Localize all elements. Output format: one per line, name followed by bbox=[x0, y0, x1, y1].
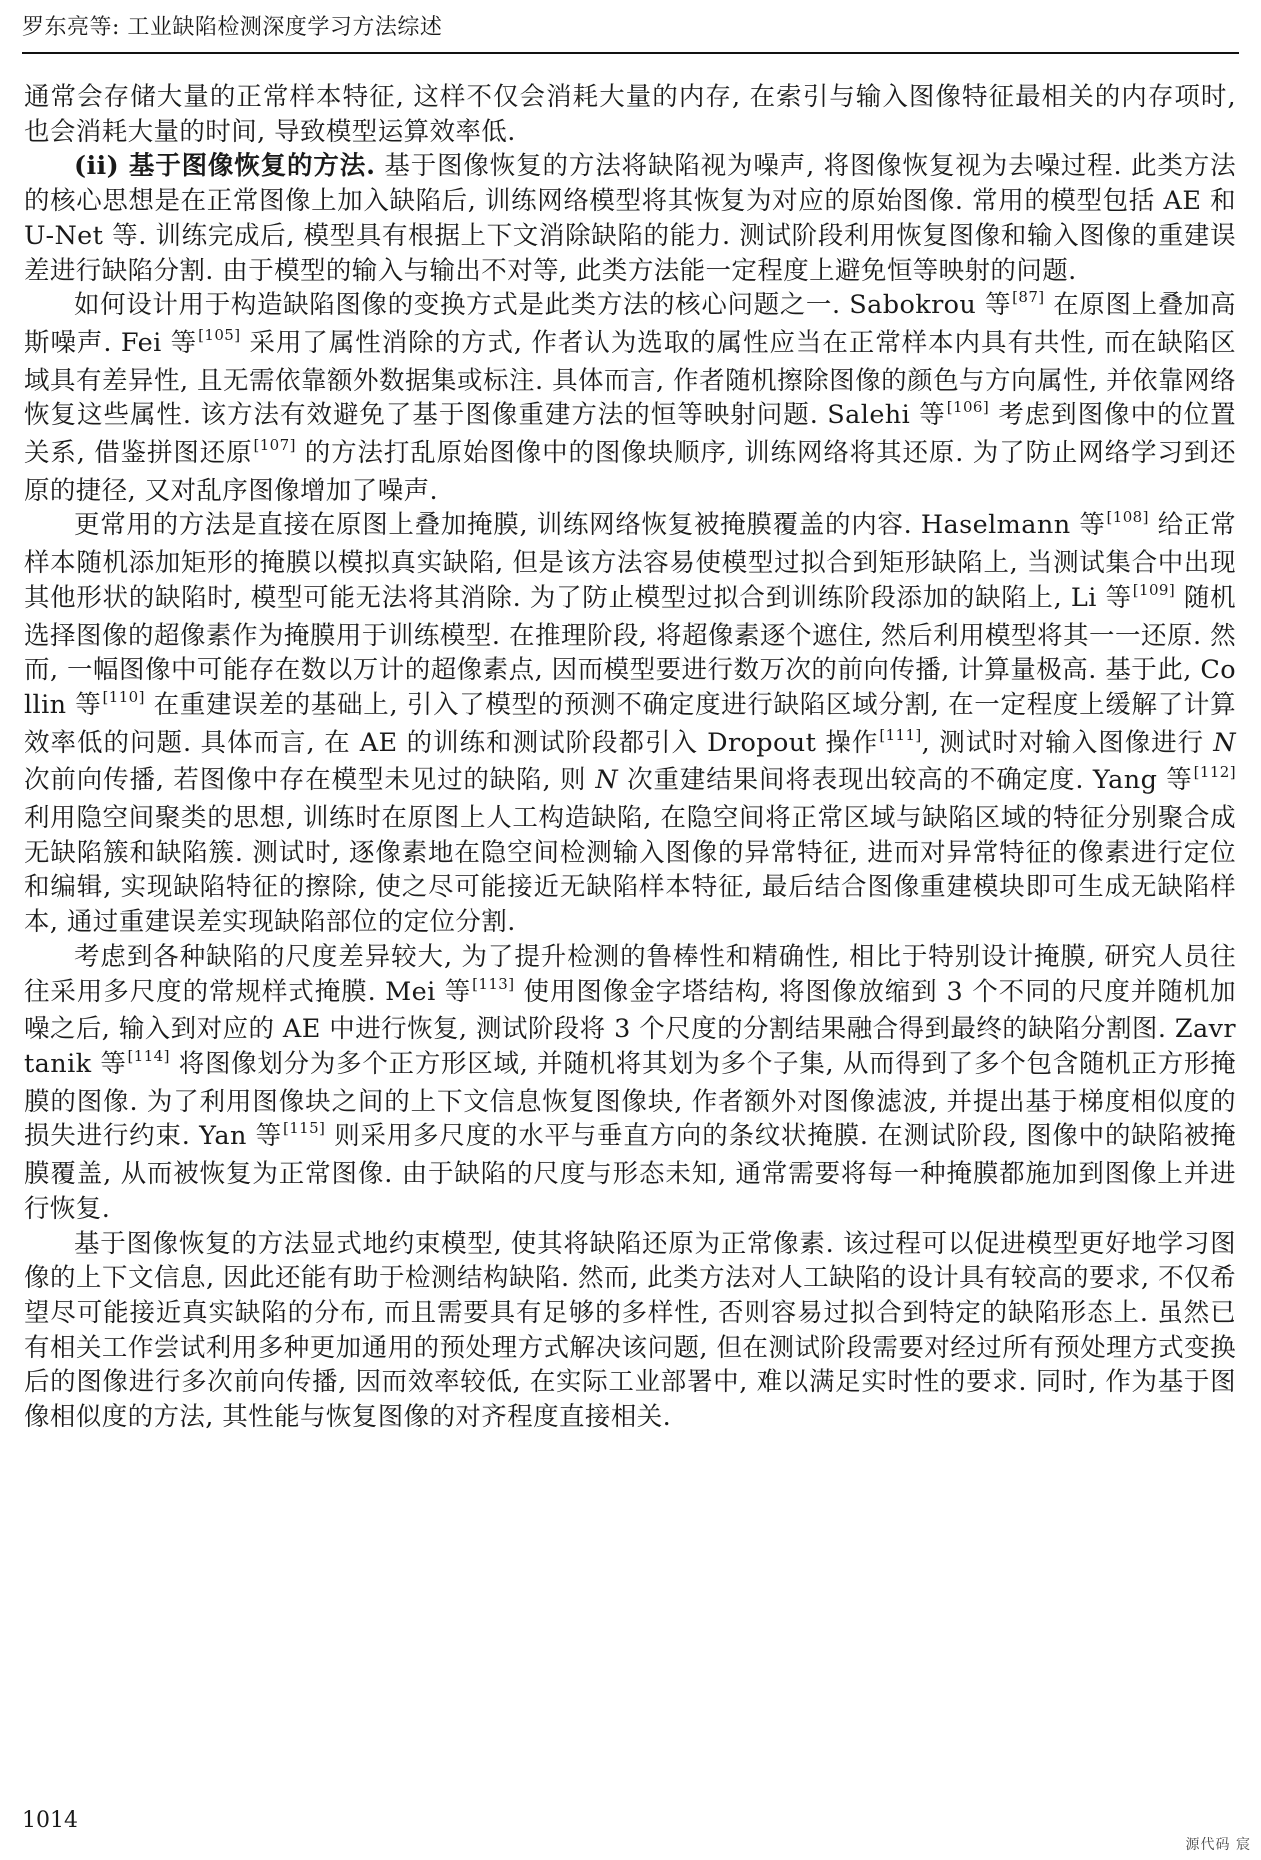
paragraph: (ii) 基于图像恢复的方法. 基于图像恢复的方法将缺陷视为噪声, 将图像恢复视… bbox=[24, 149, 1236, 288]
citation-ref[interactable]: [106] bbox=[946, 398, 989, 416]
text-run: 次重建结果间将表现出较高的不确定度. Yang 等 bbox=[618, 765, 1193, 795]
text-run: 利用隐空间聚类的思想, 训练时在原图上人工构造缺陷, 在隐空间将正常区域与缺陷区… bbox=[24, 803, 1236, 937]
text-run: 基于图像恢复的方法显式地约束模型, 使其将缺陷还原为正常像素. 该过程可以促进模… bbox=[24, 1229, 1236, 1433]
paragraph: 考虑到各种缺陷的尺度差异较大, 为了提升检测的鲁棒性和精确性, 相比于特别设计掩… bbox=[24, 940, 1236, 1227]
citation-ref[interactable]: [109] bbox=[1132, 581, 1175, 599]
citation-ref[interactable]: [114] bbox=[127, 1047, 170, 1065]
paragraph: 通常会存储大量的正常样本特征, 这样不仅会消耗大量的内存, 在索引与输入图像特征… bbox=[24, 80, 1236, 149]
citation-ref[interactable]: [112] bbox=[1193, 763, 1236, 781]
math-variable: N bbox=[595, 765, 618, 795]
citation-ref[interactable]: [113] bbox=[471, 975, 514, 993]
citation-ref[interactable]: [105] bbox=[197, 326, 240, 344]
watermark: 源代码 宸 bbox=[1186, 1834, 1251, 1854]
text-run: 更常用的方法是直接在原图上叠加掩膜, 训练网络恢复被掩膜覆盖的内容. Hasel… bbox=[74, 510, 1106, 540]
math-variable: N bbox=[1213, 728, 1236, 758]
citation-ref[interactable]: [111] bbox=[878, 726, 921, 744]
text-run: , 测试时对输入图像进行 bbox=[922, 728, 1214, 758]
run-in-heading: (ii) 基于图像恢复的方法. bbox=[74, 151, 375, 181]
running-title: 罗东亮等: 工业缺陷检测深度学习方法综述 bbox=[22, 15, 442, 40]
page-number: 1014 bbox=[22, 1808, 78, 1833]
citation-ref[interactable]: [110] bbox=[102, 688, 145, 706]
text-run: 如何设计用于构造缺陷图像的变换方式是此类方法的核心问题之一. Sabokrou … bbox=[74, 290, 1011, 320]
running-header: 罗东亮等: 工业缺陷检测深度学习方法综述 bbox=[22, 8, 1239, 54]
paragraph: 如何设计用于构造缺陷图像的变换方式是此类方法的核心问题之一. Sabokrou … bbox=[24, 288, 1236, 508]
citation-ref[interactable]: [108] bbox=[1106, 508, 1149, 526]
paragraph: 基于图像恢复的方法显式地约束模型, 使其将缺陷还原为正常像素. 该过程可以促进模… bbox=[24, 1227, 1236, 1435]
citation-ref[interactable]: [115] bbox=[282, 1119, 325, 1137]
body-text: 通常会存储大量的正常样本特征, 这样不仅会消耗大量的内存, 在索引与输入图像特征… bbox=[24, 80, 1236, 1435]
citation-ref[interactable]: [107] bbox=[252, 436, 295, 454]
text-run: 通常会存储大量的正常样本特征, 这样不仅会消耗大量的内存, 在索引与输入图像特征… bbox=[24, 82, 1236, 147]
paragraph: 更常用的方法是直接在原图上叠加掩膜, 训练网络恢复被掩膜覆盖的内容. Hasel… bbox=[24, 508, 1236, 939]
text-run: 次前向传播, 若图像中存在模型未见过的缺陷, 则 bbox=[24, 765, 595, 795]
citation-ref[interactable]: [87] bbox=[1011, 288, 1044, 306]
